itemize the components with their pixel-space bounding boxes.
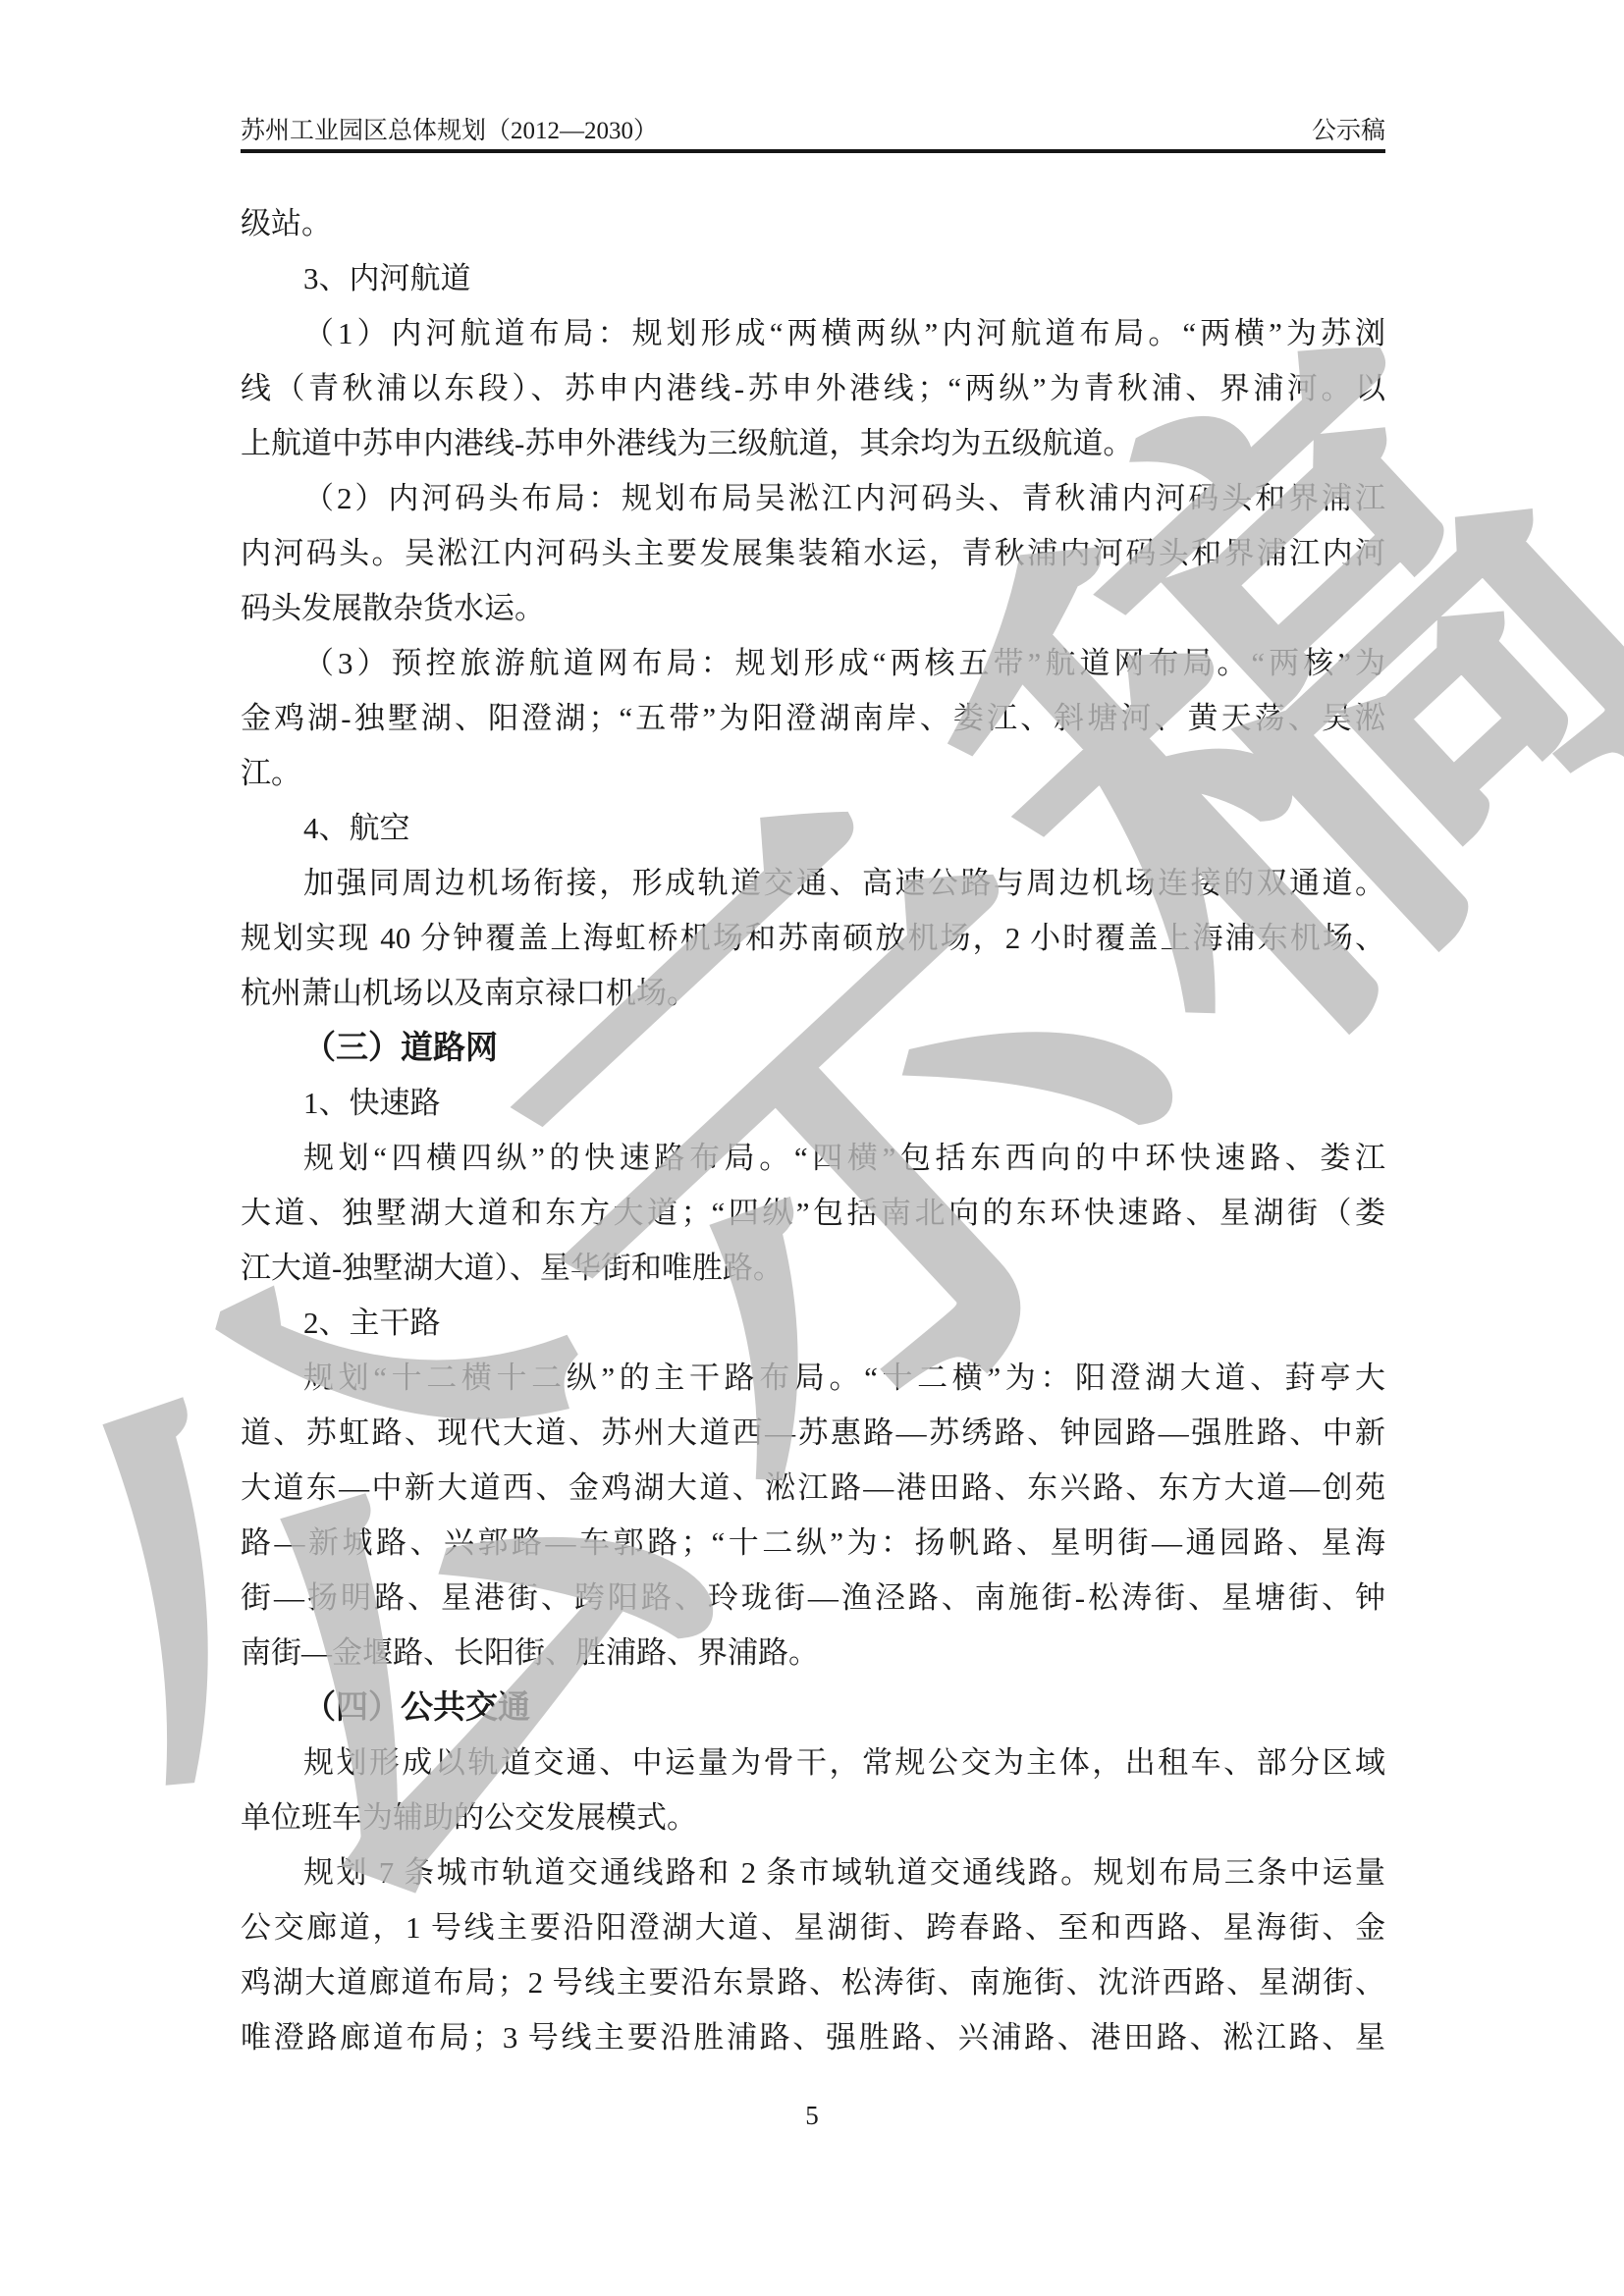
text-line: 鸡湖大道廊道布局；2 号线主要沿东景路、松涛街、南施街、沈浒西路、星湖街、: [241, 1955, 1385, 2010]
text-line: 南街—金堰路、长阳街、胜浦路、界浦路。: [241, 1626, 1385, 1681]
text-line: 规划“十二横十二纵”的主干路布局。“十二横”为：阳澄湖大道、葑亭大: [241, 1351, 1385, 1406]
text-line: 1、快速路: [241, 1076, 1385, 1131]
text-line: 江大道-独墅湖大道）、星华街和唯胜路。: [241, 1241, 1385, 1296]
text-line: 大道东—中新大道西、金鸡湖大道、淞江路—港田路、东兴路、东方大道—创苑: [241, 1461, 1385, 1516]
text-line: 金鸡湖-独墅湖、阳澄湖；“五带”为阳澄湖南岸、娄江、斜塘河、黄天荡、吴淞: [241, 691, 1385, 746]
text-line: 唯澄路廊道布局；3 号线主要沿胜浦路、强胜路、兴浦路、港田路、淞江路、星: [241, 2010, 1385, 2065]
text-line: 公交廊道，1 号线主要沿阳澄湖大道、星湖街、跨春路、至和西路、星海街、金: [241, 1900, 1385, 1955]
section-heading: （四）公共交通: [241, 1681, 1385, 1735]
text-line: 加强同周边机场衔接，形成轨道交通、高速公路与周边机场连接的双通道。: [241, 856, 1385, 911]
text-line: 4、航空: [241, 801, 1385, 856]
text-line: 3、内河航道: [241, 251, 1385, 306]
text-line: 线（青秋浦以东段）、苏申内港线-苏申外港线；“两纵”为青秋浦、界浦河。以: [241, 361, 1385, 416]
text-line: 码头发展散杂货水运。: [241, 581, 1385, 636]
text-line: 江。: [241, 746, 1385, 801]
header-title: 苏州工业园区总体规划（2012—2030）: [241, 116, 658, 147]
header-rule: [241, 149, 1385, 153]
text-line: 2、主干路: [241, 1296, 1385, 1351]
document-body: 级站。3、内河航道（1）内河航道布局：规划形成“两横两纵”内河航道布局。“两横”…: [241, 196, 1385, 2065]
text-line: 规划形成以轨道交通、中运量为骨干，常规公交为主体，出租车、部分区域: [241, 1735, 1385, 1790]
text-line: 规划“四横四纵”的快速路布局。“四横”包括东西向的中环快速路、娄江: [241, 1131, 1385, 1186]
text-line: （1）内河航道布局：规划形成“两横两纵”内河航道布局。“两横”为苏浏: [241, 306, 1385, 361]
text-line: 上航道中苏申内港线-苏申外港线为三级航道，其余均为五级航道。: [241, 416, 1385, 471]
document-page: 苏州工业园区总体规划（2012—2030） 公示稿 级站。3、内河航道（1）内河…: [0, 0, 1624, 2296]
page-number: 5: [0, 2089, 1624, 2142]
text-line: 街—扬明路、星港街、跨阳路、玲珑街—渔泾路、南施街-松涛街、星塘街、钟: [241, 1571, 1385, 1626]
text-line: 内河码头。吴淞江内河码头主要发展集装箱水运，青秋浦内河码头和界浦江内河: [241, 526, 1385, 581]
text-line: 道、苏虹路、现代大道、苏州大道西—苏惠路—苏绣路、钟园路—强胜路、中新: [241, 1406, 1385, 1461]
text-line: （3）预控旅游航道网布局：规划形成“两核五带”航道网布局。“两核”为: [241, 636, 1385, 691]
text-line: 级站。: [241, 196, 1385, 251]
text-line: （2）内河码头布局：规划布局吴淞江内河码头、青秋浦内河码头和界浦江: [241, 471, 1385, 526]
text-line: 杭州萧山机场以及南京禄口机场。: [241, 966, 1385, 1021]
text-line: 规划 7 条城市轨道交通线路和 2 条市域轨道交通线路。规划布局三条中运量: [241, 1845, 1385, 1900]
header-draft-label: 公示稿: [1312, 116, 1385, 147]
text-line: 规划实现 40 分钟覆盖上海虹桥机场和苏南硕放机场，2 小时覆盖上海浦东机场、: [241, 911, 1385, 966]
text-line: 大道、独墅湖大道和东方大道；“四纵”包括南北向的东环快速路、星湖街（娄: [241, 1186, 1385, 1241]
text-line: 路—新城路、兴郭路—车郭路；“十二纵”为：扬帆路、星明街—通园路、星海: [241, 1516, 1385, 1571]
page-header: 苏州工业园区总体规划（2012—2030） 公示稿: [241, 116, 1385, 147]
text-line: 单位班车为辅助的公交发展模式。: [241, 1790, 1385, 1845]
section-heading: （三）道路网: [241, 1021, 1385, 1076]
